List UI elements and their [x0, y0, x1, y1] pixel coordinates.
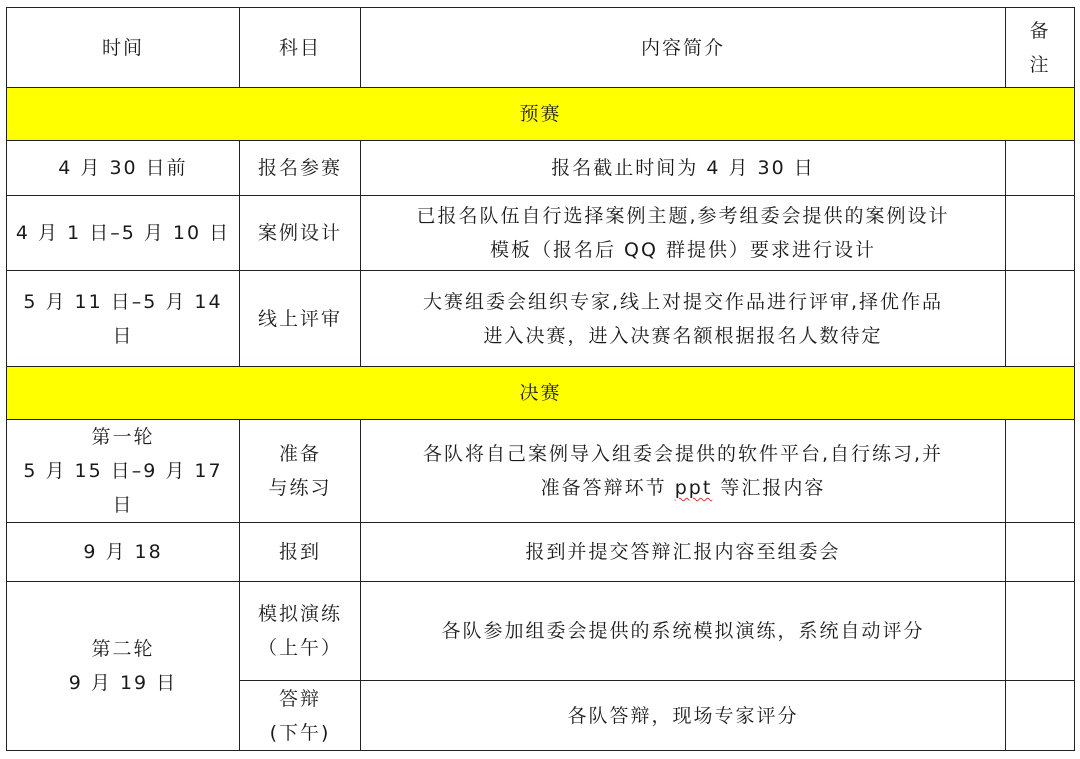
section-title: 预赛	[7, 88, 1075, 141]
cell-note	[1006, 681, 1075, 751]
cell-note	[1006, 582, 1075, 681]
cell-note	[1006, 523, 1075, 582]
cell-note	[1006, 420, 1075, 523]
header-content: 内容简介	[361, 8, 1006, 88]
cell-content: 报到并提交答辩汇报内容至组委会	[361, 523, 1006, 582]
header-note: 备 注	[1006, 8, 1075, 88]
table-row: 4 月 1 日–5 月 10 日 案例设计 已报名队伍自行选择案例主题,参考组委…	[7, 196, 1075, 271]
header-time: 时间	[7, 8, 240, 88]
cell-content: 已报名队伍自行选择案例主题,参考组委会提供的案例设计 模板（报名后 QQ 群提供…	[361, 196, 1006, 271]
header-row: 时间 科目 内容简介 备 注	[7, 8, 1075, 88]
cell-note	[1006, 141, 1075, 196]
cell-content: 各队参加组委会提供的系统模拟演练，系统自动评分	[361, 582, 1006, 681]
cell-subject: 答辩 (下午)	[240, 681, 361, 751]
competition-schedule-table: 时间 科目 内容简介 备 注 预赛 4 月 30 日前 报名参赛 报名截止时间为…	[6, 7, 1075, 751]
cell-content: 各队将自己案例导入组委会提供的软件平台,自行练习,并 准备答辩环节 ppt 等汇…	[361, 420, 1006, 523]
section-title: 决赛	[7, 367, 1075, 420]
cell-subject: 报到	[240, 523, 361, 582]
cell-time: 9 月 18	[7, 523, 240, 582]
cell-time: 4 月 30 日前	[7, 141, 240, 196]
cell-content: 报名截止时间为 4 月 30 日	[361, 141, 1006, 196]
table-row: 5 月 11 日–5 月 14 日 线上评审 大赛组委会组织专家,线上对提交作品…	[7, 271, 1075, 367]
content-line-spellcheck: 准备答辩环节 ppt 等汇报内容	[367, 471, 999, 505]
cell-content: 各队答辩，现场专家评分	[361, 681, 1006, 751]
cell-subject: 准备 与练习	[240, 420, 361, 523]
cell-subject: 案例设计	[240, 196, 361, 271]
table-row: 第一轮 5 月 15 日–9 月 17 日 准备 与练习 各队将自己案例导入组委…	[7, 420, 1075, 523]
section-row-final: 决赛	[7, 367, 1075, 420]
cell-time: 第一轮 5 月 15 日–9 月 17 日	[7, 420, 240, 523]
cell-note	[1006, 271, 1075, 367]
cell-time: 5 月 11 日–5 月 14 日	[7, 271, 240, 367]
cell-time: 第二轮 9 月 19 日	[7, 582, 240, 751]
cell-subject: 线上评审	[240, 271, 361, 367]
cell-note	[1006, 196, 1075, 271]
table-row: 4 月 30 日前 报名参赛 报名截止时间为 4 月 30 日	[7, 141, 1075, 196]
cell-subject: 报名参赛	[240, 141, 361, 196]
table-row: 第二轮 9 月 19 日 模拟演练 （上午） 各队参加组委会提供的系统模拟演练，…	[7, 582, 1075, 681]
cell-subject: 模拟演练 （上午）	[240, 582, 361, 681]
header-subject: 科目	[240, 8, 361, 88]
cell-content: 大赛组委会组织专家,线上对提交作品进行评审,择优作品 进入决赛，进入决赛名额根据…	[361, 271, 1006, 367]
cell-time: 4 月 1 日–5 月 10 日	[7, 196, 240, 271]
section-row-preliminary: 预赛	[7, 88, 1075, 141]
table-row: 9 月 18 报到 报到并提交答辩汇报内容至组委会	[7, 523, 1075, 582]
spellcheck-flagged-word: ppt	[675, 477, 713, 499]
